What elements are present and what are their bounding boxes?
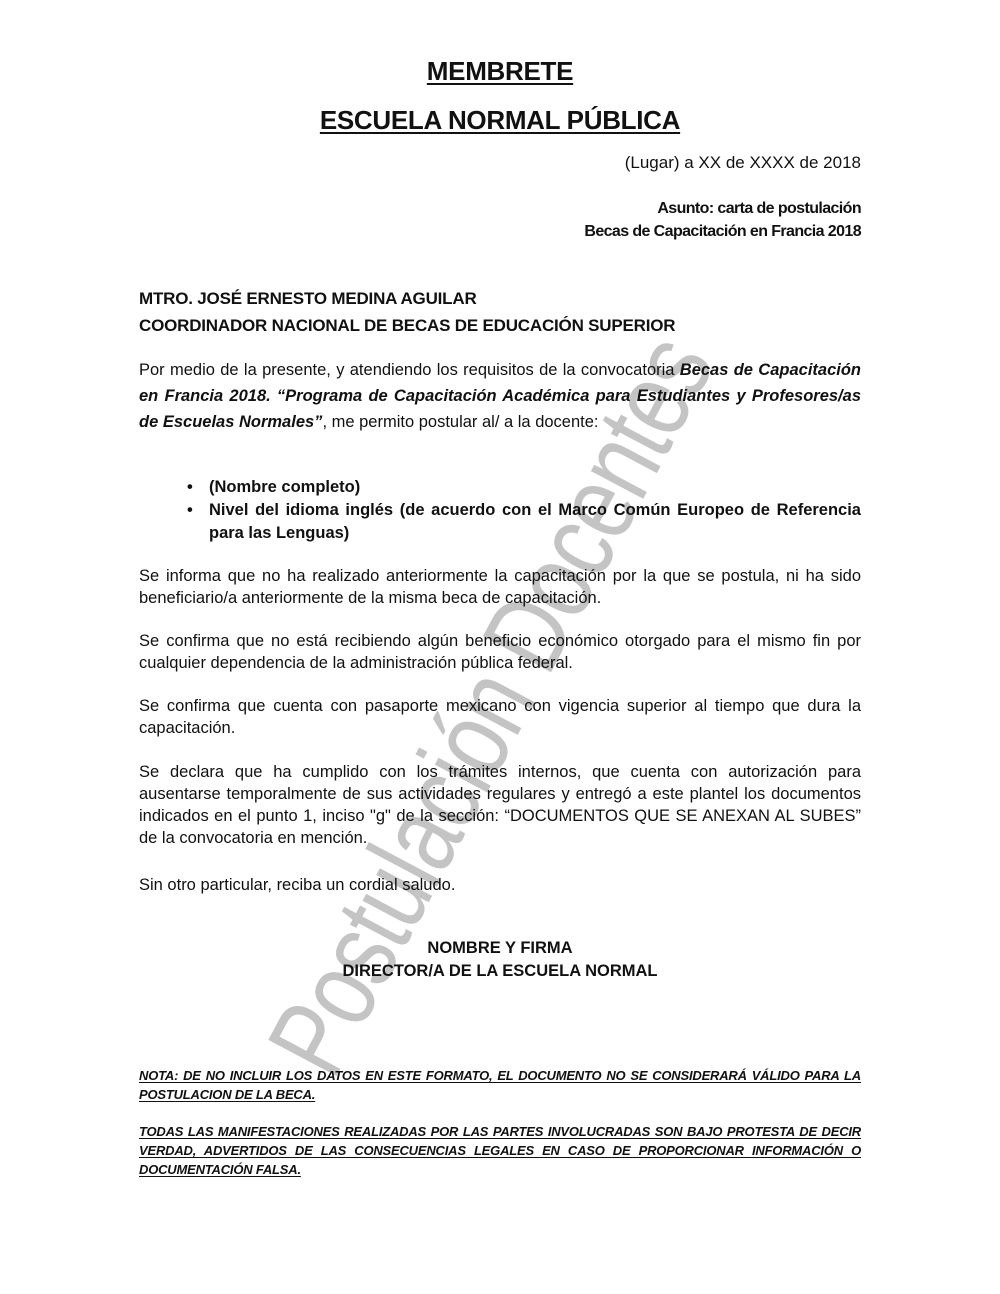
paragraph-passport: Se confirma que cuenta con pasaporte mex…: [139, 695, 861, 739]
letterhead-school: ESCUELA NORMAL PÚBLICA: [139, 105, 861, 136]
list-item: (Nombre completo): [209, 476, 861, 499]
paragraph-internal-procedures: Se declara que ha cumplido con los trámi…: [139, 761, 861, 849]
paragraph-no-previous-training: Se informa que no ha realizado anteriorm…: [139, 565, 861, 609]
recipient-name: MTRO. JOSÉ ERNESTO MEDINA AGUILAR: [139, 285, 675, 312]
note-validity: NOTA: DE NO INCLUIR LOS DATOS EN ESTE FO…: [139, 1066, 861, 1104]
subject-block: Asunto: carta de postulación Becas de Ca…: [584, 197, 861, 243]
paragraph-no-economic-benefit: Se confirma que no está recibiendo algún…: [139, 630, 861, 674]
intro-paragraph: Por medio de la presente, y atendiendo l…: [139, 357, 861, 435]
subject-program: Becas de Capacitación en Francia 2018: [584, 220, 861, 243]
subject-line: Asunto: carta de postulación: [584, 197, 861, 220]
intro-text-end: , me permito postular al/ a la docente:: [322, 413, 598, 431]
note-legal-declaration: TODAS LAS MANIFESTACIONES REALIZADAS POR…: [139, 1122, 861, 1179]
letterhead-title: MEMBRETE: [139, 56, 861, 87]
signature-block: NOMBRE Y FIRMA DIRECTOR/A DE LA ESCUELA …: [139, 937, 861, 983]
recipient-title: COORDINADOR NACIONAL DE BECAS DE EDUCACI…: [139, 312, 675, 339]
candidate-data-list: (Nombre completo) Nivel del idioma inglé…: [139, 476, 861, 545]
list-item: Nivel del idioma inglés (de acuerdo con …: [209, 499, 861, 545]
document-page: Postulación Docentes MEMBRETE ESCUELA NO…: [0, 0, 1000, 1294]
signature-role: DIRECTOR/A DE LA ESCUELA NORMAL: [139, 960, 861, 983]
paragraph-closing: Sin otro particular, reciba un cordial s…: [139, 874, 861, 896]
signature-name: NOMBRE Y FIRMA: [139, 937, 861, 960]
place-date: (Lugar) a XX de XXXX de 2018: [625, 153, 861, 173]
recipient-block: MTRO. JOSÉ ERNESTO MEDINA AGUILAR COORDI…: [139, 285, 675, 339]
intro-text: Por medio de la presente, y atendiendo l…: [139, 361, 680, 379]
